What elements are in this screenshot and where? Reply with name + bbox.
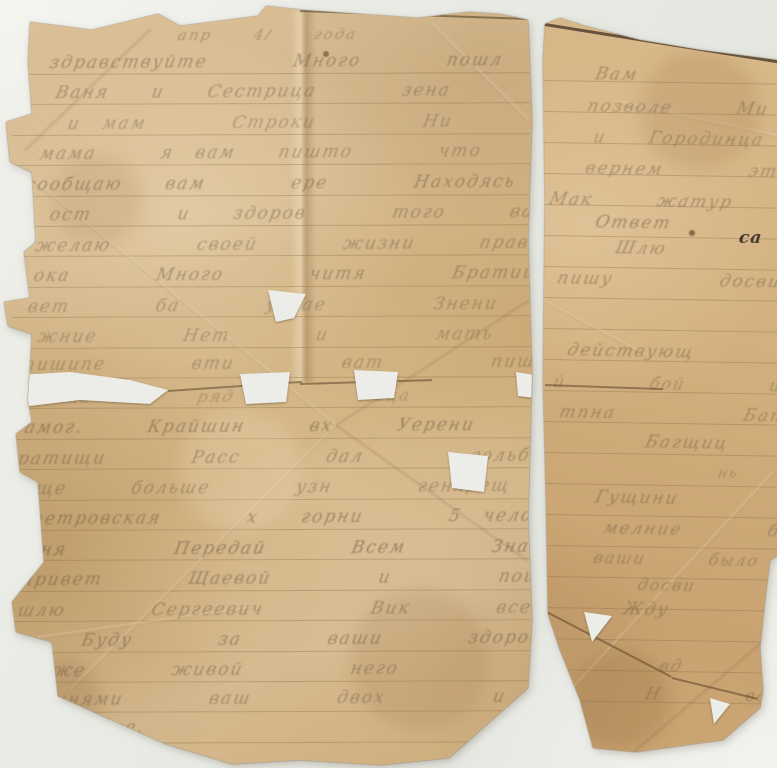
right-paper-fragment: Вампозволе Мии Городинцавернем этМак жат… (0, 0, 777, 768)
letter-scan: апр 4/ годаздравствуйте Много пошлВаня и… (0, 0, 777, 768)
right-paper-fragment-wrap: Вампозволе Мии Городинцавернем этМак жат… (0, 0, 777, 768)
torn-hole (0, 0, 777, 768)
torn-hole-shape (0, 0, 777, 768)
